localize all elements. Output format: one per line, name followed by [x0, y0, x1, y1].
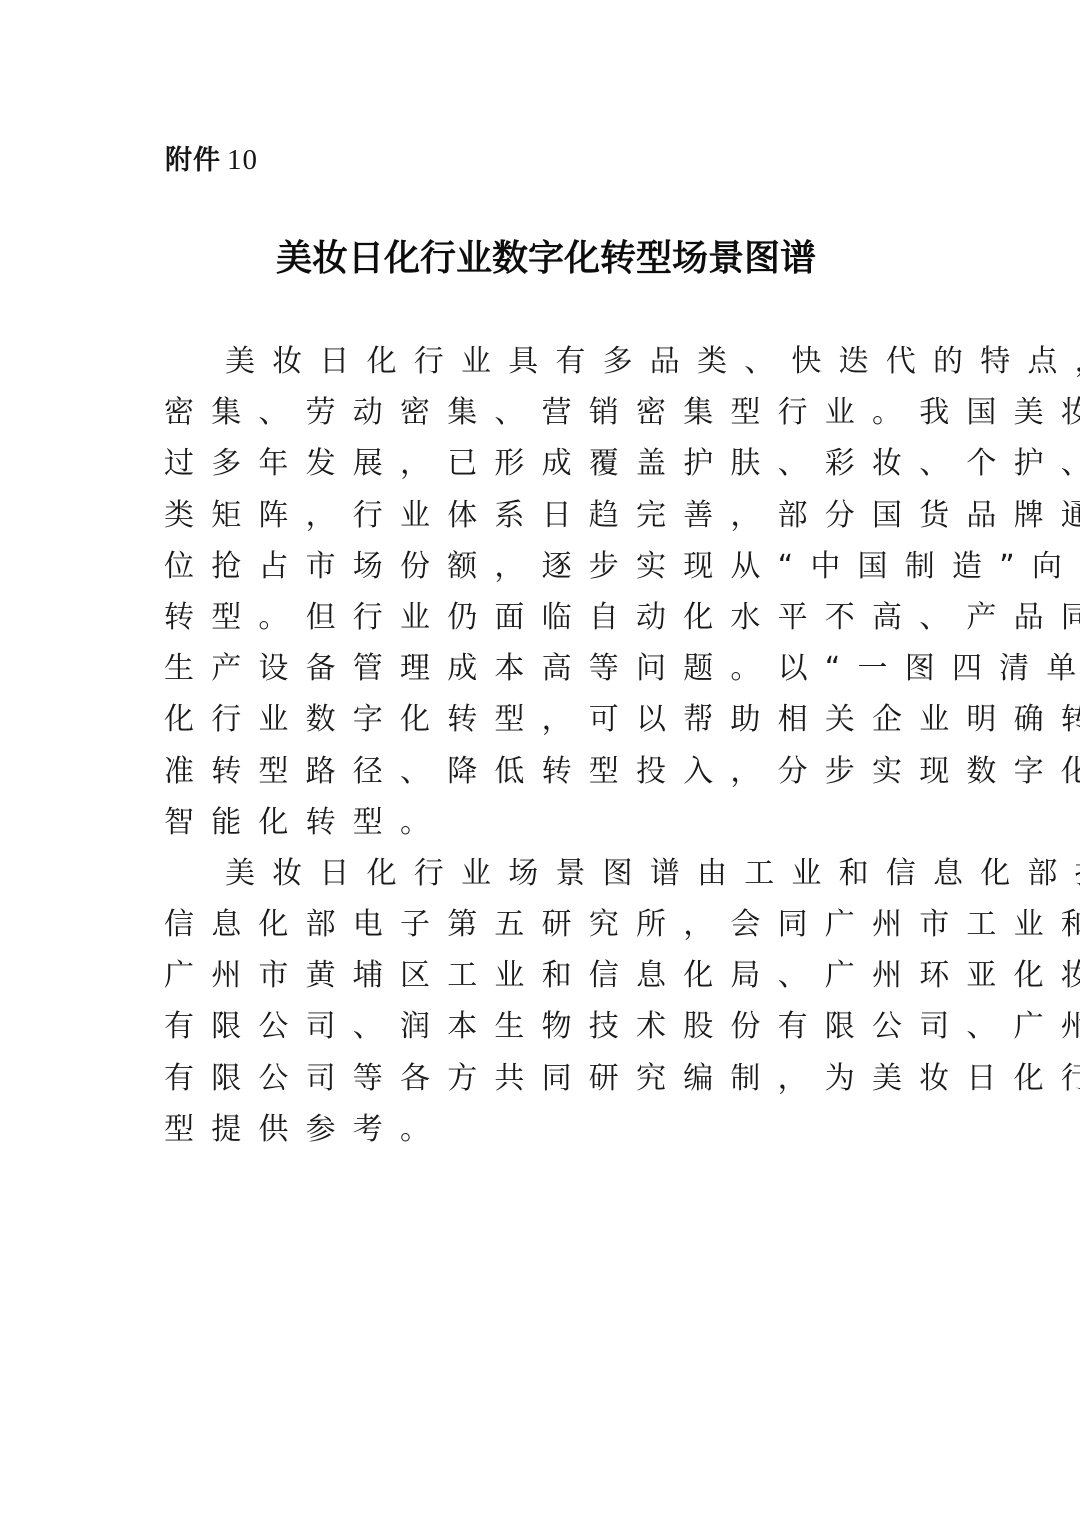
paragraph-line: 转型。但行业仍面临自动化水平不高、产品同质化严重、	[164, 592, 934, 643]
document-body: 美妆日化行业具有多品类、快迭代的特点，属于技术 密集、劳动密集、营销密集型行业。…	[164, 336, 934, 1155]
paragraph-line: 化行业数字化转型，可以帮助相关企业明确转型重点、找	[164, 694, 934, 745]
paragraph-line: 美妆日化行业具有多品类、快迭代的特点，属于技术	[164, 336, 934, 387]
paragraph-line: 准转型路径、降低转型投入，分步实现数字化、网络化、	[164, 746, 934, 797]
paragraph-line: 信息化部电子第五研究所，会同广州市工业和信息化局、	[164, 899, 934, 950]
paragraph-line: 位抢占市场份额，逐步实现从“中国制造”向“中国品牌”的	[164, 541, 934, 592]
paragraph-line: 有限公司等各方共同研究编制，为美妆日化行业数字化转	[164, 1053, 934, 1104]
attachment-number: 10	[227, 144, 258, 176]
paragraph-line: 过多年发展，已形成覆盖护肤、彩妆、个护、香氛等全品	[164, 438, 934, 489]
paragraph-line: 广州市黄埔区工业和信息化局、广州环亚化妆品科技股份	[164, 950, 934, 1001]
document-title: 美妆日化行业数字化转型场景图谱	[0, 232, 1080, 284]
attachment-label: 附件10	[165, 140, 258, 181]
paragraph-line: 美妆日化行业场景图谱由工业和信息化部指导工业和	[164, 848, 934, 899]
document-page: 附件10 美妆日化行业数字化转型场景图谱 美妆日化行业具有多品类、快迭代的特点，…	[0, 0, 1080, 1527]
paragraph-line: 智能化转型。	[164, 797, 934, 848]
attachment-label-text: 附件	[165, 145, 221, 176]
paragraph-1: 美妆日化行业具有多品类、快迭代的特点，属于技术 密集、劳动密集、营销密集型行业。…	[164, 336, 934, 848]
paragraph-line: 有限公司、润本生物技术股份有限公司、广州蓝月亮实业	[164, 1001, 934, 1052]
paragraph-line: 型提供参考。	[164, 1104, 934, 1155]
paragraph-2: 美妆日化行业场景图谱由工业和信息化部指导工业和 信息化部电子第五研究所，会同广州…	[164, 848, 934, 1155]
paragraph-line: 密集、劳动密集、营销密集型行业。我国美妆日化行业经	[164, 387, 934, 438]
paragraph-line: 生产设备管理成本高等问题。以“一图四清单”推进美妆日	[164, 643, 934, 694]
paragraph-line: 类矩阵，行业体系日趋完善，部分国货品牌通过差异化定	[164, 490, 934, 541]
